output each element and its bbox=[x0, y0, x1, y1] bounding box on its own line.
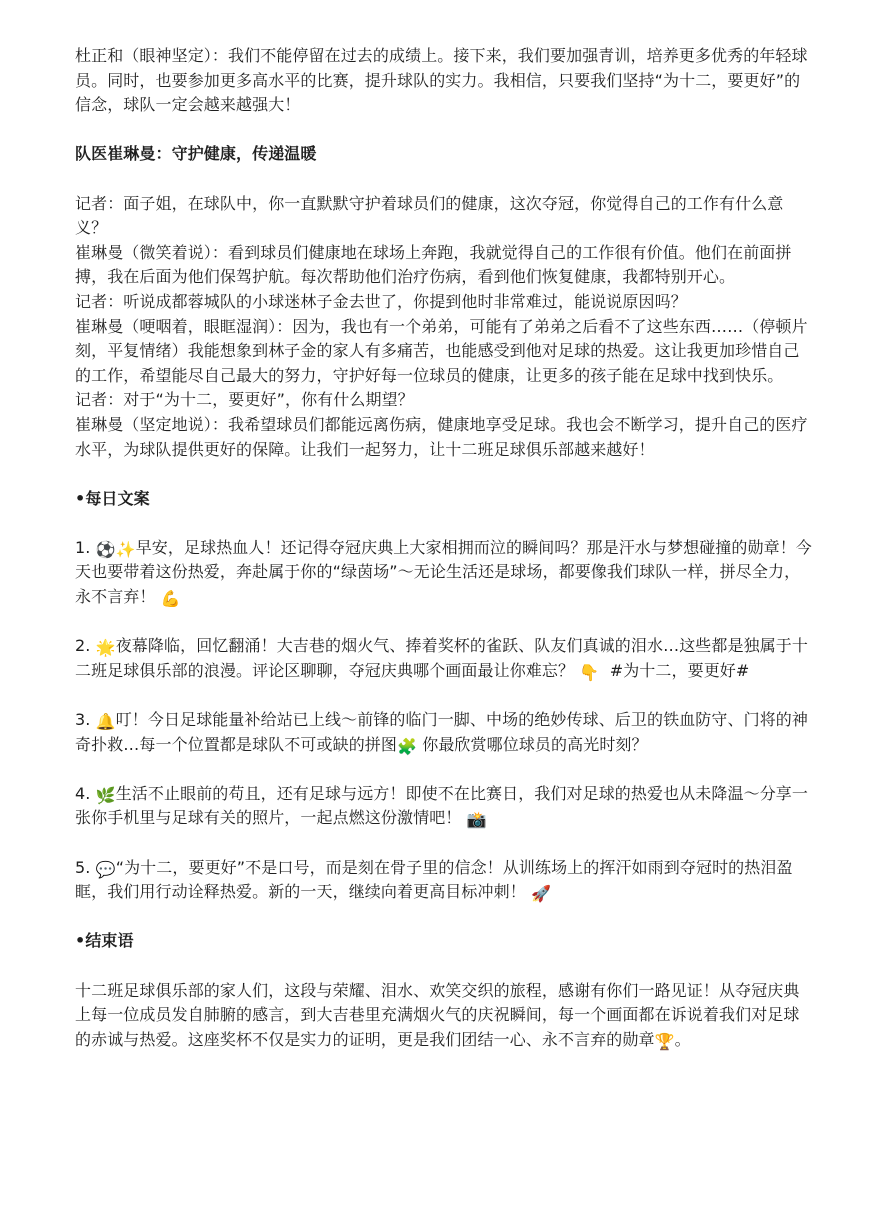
interview-line: 崔琳曼（微笑着说）：看到球员们健康地在球场上奔跑，我就觉得自己的工作很有价值。他… bbox=[75, 241, 815, 290]
daily-copy-item-4: 4. 🌿生活不止眼前的苟且，还有足球与远方！即使不在比赛日，我们对足球的热爱也从… bbox=[75, 782, 815, 831]
section-heading-daily-copy: •每日文案 bbox=[75, 487, 815, 512]
daily-copy-item-3: 3. 🔔叮！今日足球能量补给站已上线～前锋的临门一脚、中场的绝妙传球、后卫的铁血… bbox=[75, 708, 815, 757]
rocket-icon: 🚀 bbox=[531, 886, 551, 902]
document-body: 杜正和（眼神坚定）：我们不能停留在过去的成绩上。接下来，我们要加强青训，培养更多… bbox=[75, 44, 815, 1052]
spacer bbox=[75, 757, 815, 782]
daily-copy-item-1: 1. ⚽✨早安，足球热血人！还记得夺冠庆典上大家相拥而泣的瞬间吗？那是汗水与梦想… bbox=[75, 536, 815, 610]
spacer bbox=[75, 511, 815, 536]
interview-line: 记者：听说成都蓉城队的小球迷林子金去世了，你提到他时非常难过，能说说原因吗？ bbox=[75, 290, 815, 315]
spacer bbox=[75, 954, 815, 979]
interview-line: 记者：对于“为十二，要更好”，你有什么期望？ bbox=[75, 388, 815, 413]
glowing-star-icon: 🌟 bbox=[96, 640, 116, 656]
item-number: 1. bbox=[75, 538, 90, 557]
puzzle-piece-icon: 🧩 bbox=[397, 739, 417, 755]
closing-punct: 。 bbox=[675, 1030, 691, 1049]
section-heading-closing: •结束语 bbox=[75, 929, 815, 954]
speech-bubble-icon: 💬 bbox=[96, 862, 116, 878]
herb-icon: 🌿 bbox=[96, 788, 116, 804]
item-text-after: 你最欣赏哪位球员的高光时刻？ bbox=[422, 735, 647, 754]
item-number: 2. bbox=[75, 636, 90, 655]
closing-text: 十二班足球俱乐部的家人们，这段与荣耀、泪水、欢笑交织的旅程，感谢有你们一路见证！… bbox=[75, 981, 800, 1049]
section-heading-team-doctor: 队医崔琳曼：守护健康，传递温暖 bbox=[75, 142, 815, 167]
trophy-icon: 🏆 bbox=[655, 1034, 675, 1050]
bell-icon: 🔔 bbox=[96, 714, 116, 730]
closing-paragraph: 十二班足球俱乐部的家人们，这段与荣耀、泪水、欢笑交织的旅程，感谢有你们一路见证！… bbox=[75, 979, 815, 1053]
daily-copy-item-2: 2. 🌟夜幕降临，回忆翻涌！大吉巷的烟火气、捧着奖杯的雀跃、队友们真诚的泪水…这… bbox=[75, 634, 815, 683]
interview-paragraph-du-zhenghe: 杜正和（眼神坚定）：我们不能停留在过去的成绩上。接下来，我们要加强青训，培养更多… bbox=[75, 44, 815, 118]
spacer bbox=[75, 905, 815, 930]
spacer bbox=[75, 462, 815, 487]
interview-line: 崔琳曼（哽咽着，眼眶湿润）：因为，我也有一个弟弟，可能有了弟弟之后看不了这些东西… bbox=[75, 315, 815, 389]
item-number: 4. bbox=[75, 784, 90, 803]
item-text: 早安，足球热血人！还记得夺冠庆典上大家相拥而泣的瞬间吗？那是汗水与梦想碰撞的勋章… bbox=[75, 538, 812, 606]
spacer bbox=[75, 118, 815, 143]
flexed-biceps-icon: 💪 bbox=[161, 591, 181, 607]
soccer-sparkles-icon: ⚽✨ bbox=[96, 542, 136, 558]
spacer bbox=[75, 683, 815, 708]
spacer bbox=[75, 167, 815, 192]
interview-line: 记者：面子姐，在球队中，你一直默默守护着球员们的健康，这次夺冠，你觉得自己的工作… bbox=[75, 192, 815, 241]
item-number: 5. bbox=[75, 858, 90, 877]
spacer bbox=[75, 831, 815, 856]
item-text: 生活不止眼前的苟且，还有足球与远方！即使不在比赛日，我们对足球的热爱也从未降温～… bbox=[75, 784, 808, 828]
item-number: 3. bbox=[75, 710, 90, 729]
interview-line: 崔琳曼（坚定地说）：我希望球员们都能远离伤病，健康地享受足球。我也会不断学习，提… bbox=[75, 413, 815, 462]
camera-flash-icon: 📸 bbox=[467, 812, 487, 828]
hashtag[interactable]: #为十二，要更好# bbox=[610, 661, 750, 680]
spacer bbox=[75, 610, 815, 635]
pointing-down-icon: 👇 bbox=[579, 665, 599, 681]
item-text: “为十二，要更好”不是口号，而是刻在骨子里的信念！从训练场上的挥汗如雨到夺冠时的… bbox=[75, 858, 793, 902]
daily-copy-item-5: 5. 💬“为十二，要更好”不是口号，而是刻在骨子里的信念！从训练场上的挥汗如雨到… bbox=[75, 856, 815, 905]
